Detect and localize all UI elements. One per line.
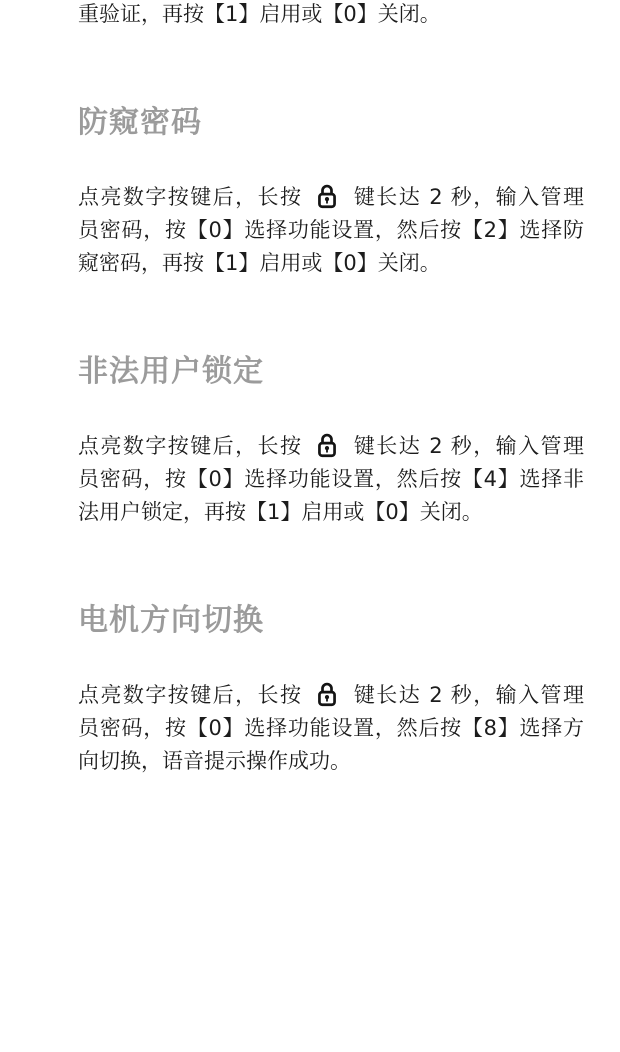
continuation-paragraph: 重验证，再按【1】启用或【0】关闭。 <box>78 0 584 31</box>
paragraph-line: 员密码，按【0】选择功能设置，然后按【2】选择防 <box>78 214 584 247</box>
text-before-icon: 点亮数字按键后，长按 <box>78 683 302 707</box>
section-heading: 电机方向切换 <box>78 603 584 639</box>
text-after-icon: 键长达 2 秒，输入管理 <box>352 434 584 458</box>
section-paragraph: 点亮数字按键后，长按键长达 2 秒，输入管理 员密码，按【0】选择功能设置，然后… <box>78 181 584 280</box>
section-illegal-user-lockout: 非法用户锁定 点亮数字按键后，长按键长达 2 秒，输入管理 员密码，按【0】选择… <box>78 354 584 529</box>
text-after-icon: 键长达 2 秒，输入管理 <box>352 185 584 209</box>
section-heading: 防窥密码 <box>78 105 584 141</box>
section-anti-peep-password: 防窥密码 点亮数字按键后，长按键长达 2 秒，输入管理 员密码，按【0】选择功能… <box>78 105 584 280</box>
text-before-icon: 点亮数字按键后，长按 <box>78 434 302 458</box>
page-content: 重验证，再按【1】启用或【0】关闭。 防窥密码 点亮数字按键后，长按键长达 2 … <box>0 0 620 778</box>
paragraph-line: 员密码，按【0】选择功能设置，然后按【4】选择非 <box>78 463 584 496</box>
lock-icon <box>316 680 338 707</box>
section-paragraph: 点亮数字按键后，长按键长达 2 秒，输入管理 员密码，按【0】选择功能设置，然后… <box>78 679 584 778</box>
paragraph-line: 重验证，再按【1】启用或【0】关闭。 <box>78 0 584 31</box>
paragraph-line: 点亮数字按键后，长按键长达 2 秒，输入管理 <box>78 181 584 214</box>
paragraph-line: 员密码，按【0】选择功能设置，然后按【8】选择方 <box>78 712 584 745</box>
paragraph-line: 点亮数字按键后，长按键长达 2 秒，输入管理 <box>78 430 584 463</box>
paragraph-line: 向切换，语音提示操作成功。 <box>78 745 584 778</box>
lock-icon <box>316 431 338 458</box>
paragraph-line: 点亮数字按键后，长按键长达 2 秒，输入管理 <box>78 679 584 712</box>
text-before-icon: 点亮数字按键后，长按 <box>78 185 302 209</box>
section-heading: 非法用户锁定 <box>78 354 584 390</box>
manual-page: 重验证，再按【1】启用或【0】关闭。 防窥密码 点亮数字按键后，长按键长达 2 … <box>0 0 620 1052</box>
section-paragraph: 点亮数字按键后，长按键长达 2 秒，输入管理 员密码，按【0】选择功能设置，然后… <box>78 430 584 529</box>
paragraph-line: 法用户锁定，再按【1】启用或【0】关闭。 <box>78 496 584 529</box>
lock-icon <box>316 182 338 209</box>
section-motor-direction-switch: 电机方向切换 点亮数字按键后，长按键长达 2 秒，输入管理 员密码，按【0】选择… <box>78 603 584 778</box>
paragraph-line: 窥密码，再按【1】启用或【0】关闭。 <box>78 247 584 280</box>
text-after-icon: 键长达 2 秒，输入管理 <box>352 683 584 707</box>
